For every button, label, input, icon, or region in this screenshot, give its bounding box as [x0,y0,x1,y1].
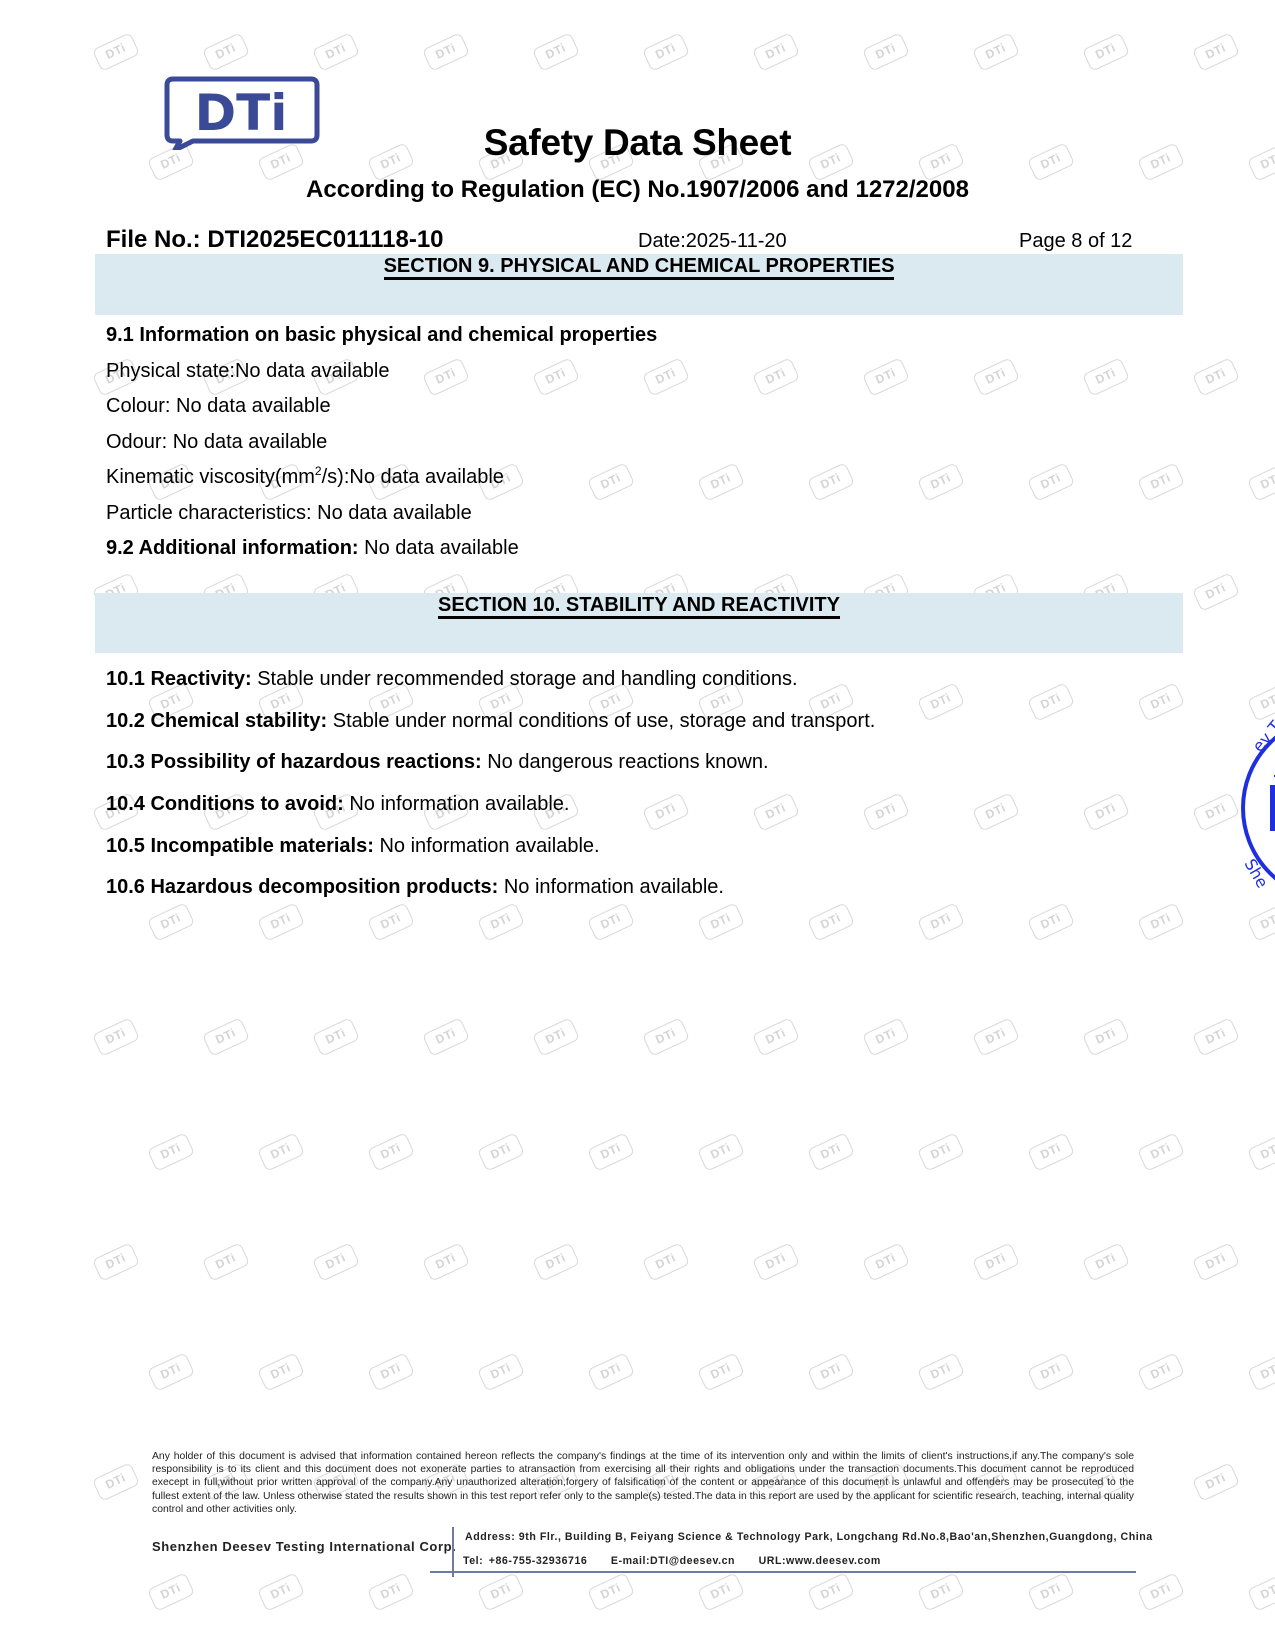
watermark-icon: DTi [422,1242,470,1282]
watermark-icon: DTi [312,1242,360,1282]
watermark-icon: DTi [477,902,525,942]
watermark-icon: DTi [807,462,855,502]
watermark-icon: DTi [477,1352,525,1392]
item-10-6-hazardous-decomposition: 10.6 Hazardous decomposition products: N… [106,876,724,899]
watermark-icon: DTi [1192,1017,1240,1057]
watermark-icon: DTi [642,357,690,397]
watermark-icon: DTi [972,1242,1020,1282]
watermark-icon: DTi [147,1352,195,1392]
watermark-icon: DTi [697,462,745,502]
watermark-icon: DTi [147,1572,195,1612]
watermark-icon: DTi [1137,1132,1185,1172]
watermark-icon: DTi [1082,1242,1130,1282]
watermark-icon: DTi [917,902,965,942]
watermark-icon: DTi [642,792,690,832]
property-particle-characteristics: Particle characteristics: No data availa… [106,502,472,525]
watermark-icon: DTi [367,1352,415,1392]
watermark-icon: DTi [1137,1572,1185,1612]
document-date: Date:2025-11-20 [638,230,787,253]
watermark-icon: DTi [532,1017,580,1057]
watermark-icon: DTi [807,1352,855,1392]
watermark-icon: DTi [257,1352,305,1392]
watermark-icon: DTi [1192,792,1240,832]
footer-horizontal-divider [430,1571,1136,1573]
watermark-icon: DTi [1192,357,1240,397]
item-10-3-hazardous-reactions: 10.3 Possibility of hazardous reactions:… [106,751,769,774]
company-name: Shenzhen Deesev Testing International Co… [152,1539,456,1554]
watermark-icon: DTi [642,32,690,72]
watermark-icon: DTi [92,32,140,72]
watermark-icon: DTi [1137,682,1185,722]
watermark-icon: DTi [1027,682,1075,722]
watermark-icon: DTi [972,1017,1020,1057]
company-email: E-mail:DTI@deesev.cn [611,1555,735,1567]
watermark-icon: DTi [532,357,580,397]
watermark-icon: DTi [972,792,1020,832]
watermark-icon: DTi [807,1572,855,1612]
watermark-icon: DTi [587,462,635,502]
property-odour: Odour: No data available [106,431,327,454]
watermark-icon: DTi [862,1017,910,1057]
watermark-icon: DTi [1247,1572,1275,1612]
watermark-icon: DTi [862,357,910,397]
watermark-icon: DTi [972,357,1020,397]
watermark-icon: DTi [92,1462,140,1502]
watermark-icon: DTi [477,1572,525,1612]
watermark-icon: DTi [1027,1352,1075,1392]
company-url: URL:www.deesev.com [759,1555,881,1567]
company-seal-stamp: ev Te She [1240,713,1275,903]
watermark-icon: DTi [587,1352,635,1392]
section-9-title: SECTION 9. PHYSICAL AND CHEMICAL PROPERT… [384,255,895,280]
watermark-icon: DTi [642,1242,690,1282]
svg-text:ev Te: ev Te [1249,712,1275,756]
watermark-icon: DTi [1192,572,1240,612]
watermark-icon: DTi [257,902,305,942]
watermark-icon: DTi [312,32,360,72]
watermark-icon: DTi [202,32,250,72]
document-title: Safety Data Sheet [0,122,1275,164]
watermark-icon: DTi [752,1242,800,1282]
watermark-icon: DTi [697,902,745,942]
section-10-title: SECTION 10. STABILITY AND REACTIVITY [438,594,840,619]
watermark-icon: DTi [1027,1572,1075,1612]
item-10-1-reactivity: 10.1 Reactivity: Stable under recommende… [106,668,798,691]
watermark-icon: DTi [862,1242,910,1282]
regulation-subtitle: According to Regulation (EC) No.1907/200… [0,176,1275,204]
watermark-icon: DTi [917,1132,965,1172]
watermark-icon: DTi [367,1572,415,1612]
watermark-icon: DTi [1137,902,1185,942]
property-colour: Colour: No data available [106,395,331,418]
subsection-9-2: 9.2 Additional information: No data avai… [106,537,519,560]
watermark-icon: DTi [312,1017,360,1057]
company-address: Address: 9th Flr., Building B, Feiyang S… [465,1531,1153,1543]
watermark-icon: DTi [1027,462,1075,502]
watermark-icon: DTi [477,1132,525,1172]
item-10-4-conditions-to-avoid: 10.4 Conditions to avoid: No information… [106,793,569,816]
watermark-icon: DTi [1247,1132,1275,1172]
watermark-icon: DTi [1247,462,1275,502]
watermark-icon: DTi [1082,357,1130,397]
watermark-icon: DTi [697,1572,745,1612]
watermark-icon: DTi [697,1352,745,1392]
watermark-icon: DTi [752,357,800,397]
watermark-icon: DTi [752,1017,800,1057]
watermark-icon: DTi [862,32,910,72]
watermark-icon: DTi [257,1572,305,1612]
watermark-icon: DTi [917,682,965,722]
watermark-icon: DTi [917,462,965,502]
watermark-icon: DTi [917,1572,965,1612]
watermark-icon: DTi [147,902,195,942]
watermark-icon: DTi [202,1242,250,1282]
watermark-icon: DTi [1192,32,1240,72]
watermark-icon: DTi [422,32,470,72]
watermark-icon: DTi [202,1017,250,1057]
watermark-icon: DTi [1137,462,1185,502]
section-10-header: SECTION 10. STABILITY AND REACTIVITY [95,593,1183,653]
watermark-icon: DTi [752,792,800,832]
watermark-icon: DTi [1082,32,1130,72]
watermark-icon: DTi [862,792,910,832]
watermark-icon: DTi [1137,1352,1185,1392]
watermark-icon: DTi [1192,1242,1240,1282]
watermark-icon: DTi [92,1017,140,1057]
watermark-icon: DTi [532,1242,580,1282]
watermark-icon: DTi [1027,1132,1075,1172]
watermark-icon: DTi [367,1132,415,1172]
file-number: File No.: DTI2025EC011118-10 [106,226,444,254]
watermark-icon: DTi [1247,902,1275,942]
svg-text:She: She [1241,856,1273,892]
watermark-icon: DTi [917,1352,965,1392]
watermark-icon: DTi [1082,1017,1130,1057]
legal-disclaimer: Any holder of this document is advised t… [152,1450,1134,1516]
watermark-icon: DTi [587,1572,635,1612]
property-kinematic-viscosity: Kinematic viscosity(mm2/s):No data avail… [106,466,504,489]
watermark-icon: DTi [422,357,470,397]
watermark-icon: DTi [807,1132,855,1172]
watermark-icon: DTi [1027,902,1075,942]
watermark-icon: DTi [367,902,415,942]
watermark-icon: DTi [92,1242,140,1282]
watermark-icon: DTi [752,32,800,72]
watermark-icon: DTi [1082,792,1130,832]
watermark-icon: DTi [972,32,1020,72]
watermark-icon: DTi [587,1132,635,1172]
watermark-icon: DTi [1192,1462,1240,1502]
footer-vertical-divider [452,1527,454,1577]
watermark-icon: DTi [587,902,635,942]
company-contact: Tel: +86-755-32936716 E-mail:DTI@deesev.… [463,1555,899,1567]
watermark-icon: DTi [807,902,855,942]
watermark-icon: DTi [257,1132,305,1172]
section-9-header: SECTION 9. PHYSICAL AND CHEMICAL PROPERT… [95,254,1183,315]
watermark-icon: DTi [697,1132,745,1172]
property-physical-state: Physical state:No data available [106,360,390,383]
watermark-icon: DTi [1247,1352,1275,1392]
watermark-icon: DTi [532,32,580,72]
page-indicator: Page 8 of 12 [1019,230,1132,253]
item-10-2-chemical-stability: 10.2 Chemical stability: Stable under no… [106,710,875,733]
item-10-5-incompatible-materials: 10.5 Incompatible materials: No informat… [106,835,600,858]
watermark-icon: DTi [422,1017,470,1057]
watermark-icon: DTi [642,1017,690,1057]
watermark-icon: DTi [147,1132,195,1172]
company-tel: Tel: +86-755-32936716 [463,1555,587,1567]
subsection-9-1-title: 9.1 Information on basic physical and ch… [106,324,657,347]
